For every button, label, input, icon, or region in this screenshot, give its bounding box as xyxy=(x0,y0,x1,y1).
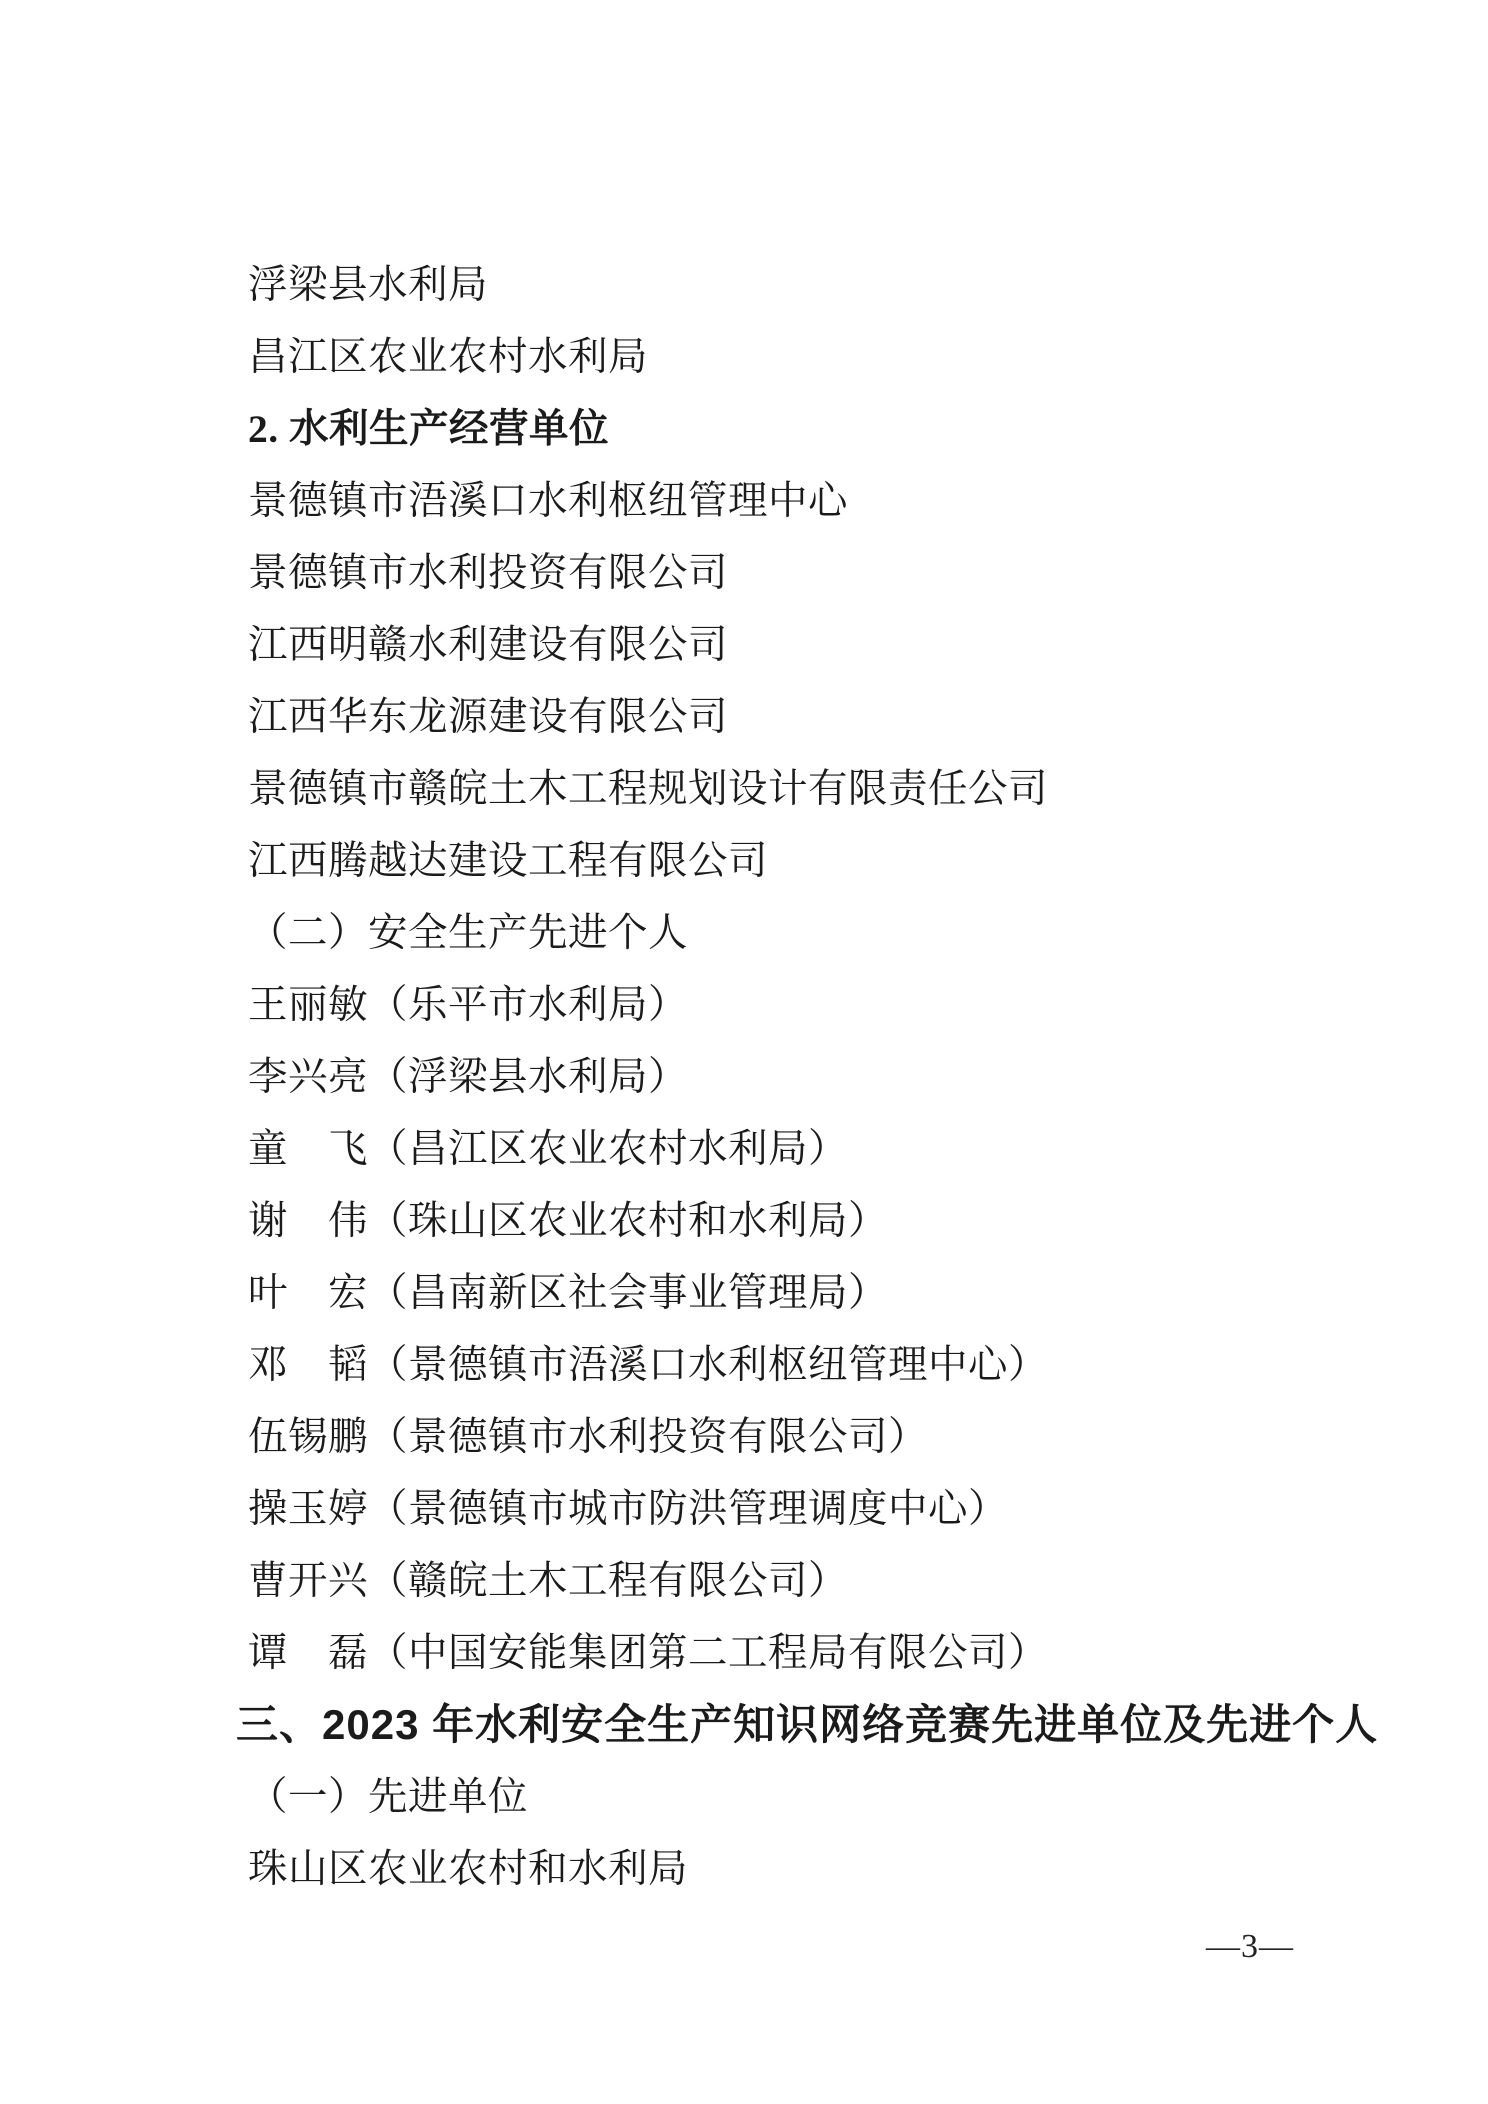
subsection-heading: （二）安全生产先进个人 xyxy=(248,897,1388,969)
unit-line: 珠山区农业农村和水利局 xyxy=(248,1833,1388,1905)
page-number: —3— xyxy=(1206,1928,1294,1966)
person-line: 叶 宏（昌南新区社会事业管理局） xyxy=(248,1257,1388,1329)
person-line: 谭 磊（中国安能集团第二工程局有限公司） xyxy=(248,1617,1388,1689)
person-line: 王丽敏（乐平市水利局） xyxy=(248,969,1388,1041)
unit-line: 景德镇市赣皖土木工程规划设计有限责任公司 xyxy=(248,753,1388,825)
person-line: 操玉婷（景德镇市城市防洪管理调度中心） xyxy=(248,1473,1388,1545)
unit-line: 浮梁县水利局 xyxy=(248,249,1388,321)
unit-line: 江西明赣水利建设有限公司 xyxy=(248,609,1388,681)
person-line: 曹开兴（赣皖土木工程有限公司） xyxy=(248,1545,1388,1617)
document-body: 浮梁县水利局 昌江区农业农村水利局 2. 水利生产经营单位 景德镇市浯溪口水利枢… xyxy=(248,249,1388,1905)
numbered-heading: 2. 水利生产经营单位 xyxy=(248,393,1388,465)
person-line: 邓 韬（景德镇市浯溪口水利枢纽管理中心） xyxy=(248,1329,1388,1401)
person-line: 李兴亮（浮梁县水利局） xyxy=(248,1041,1388,1113)
person-line: 伍锡鹏（景德镇市水利投资有限公司） xyxy=(248,1401,1388,1473)
person-line: 谢 伟（珠山区农业农村和水利局） xyxy=(248,1185,1388,1257)
unit-line: 江西腾越达建设工程有限公司 xyxy=(248,825,1388,897)
section-heading: 三、2023 年水利安全生产知识网络竞赛先进单位及先进个人 xyxy=(236,1689,1388,1761)
person-line: 童 飞（昌江区农业农村水利局） xyxy=(248,1113,1388,1185)
subsection-heading: （一）先进单位 xyxy=(248,1761,1388,1833)
unit-line: 景德镇市水利投资有限公司 xyxy=(248,537,1388,609)
unit-line: 江西华东龙源建设有限公司 xyxy=(248,681,1388,753)
document-page: 浮梁县水利局 昌江区农业农村水利局 2. 水利生产经营单位 景德镇市浯溪口水利枢… xyxy=(0,0,1488,2104)
unit-line: 景德镇市浯溪口水利枢纽管理中心 xyxy=(248,465,1388,537)
unit-line: 昌江区农业农村水利局 xyxy=(248,321,1388,393)
